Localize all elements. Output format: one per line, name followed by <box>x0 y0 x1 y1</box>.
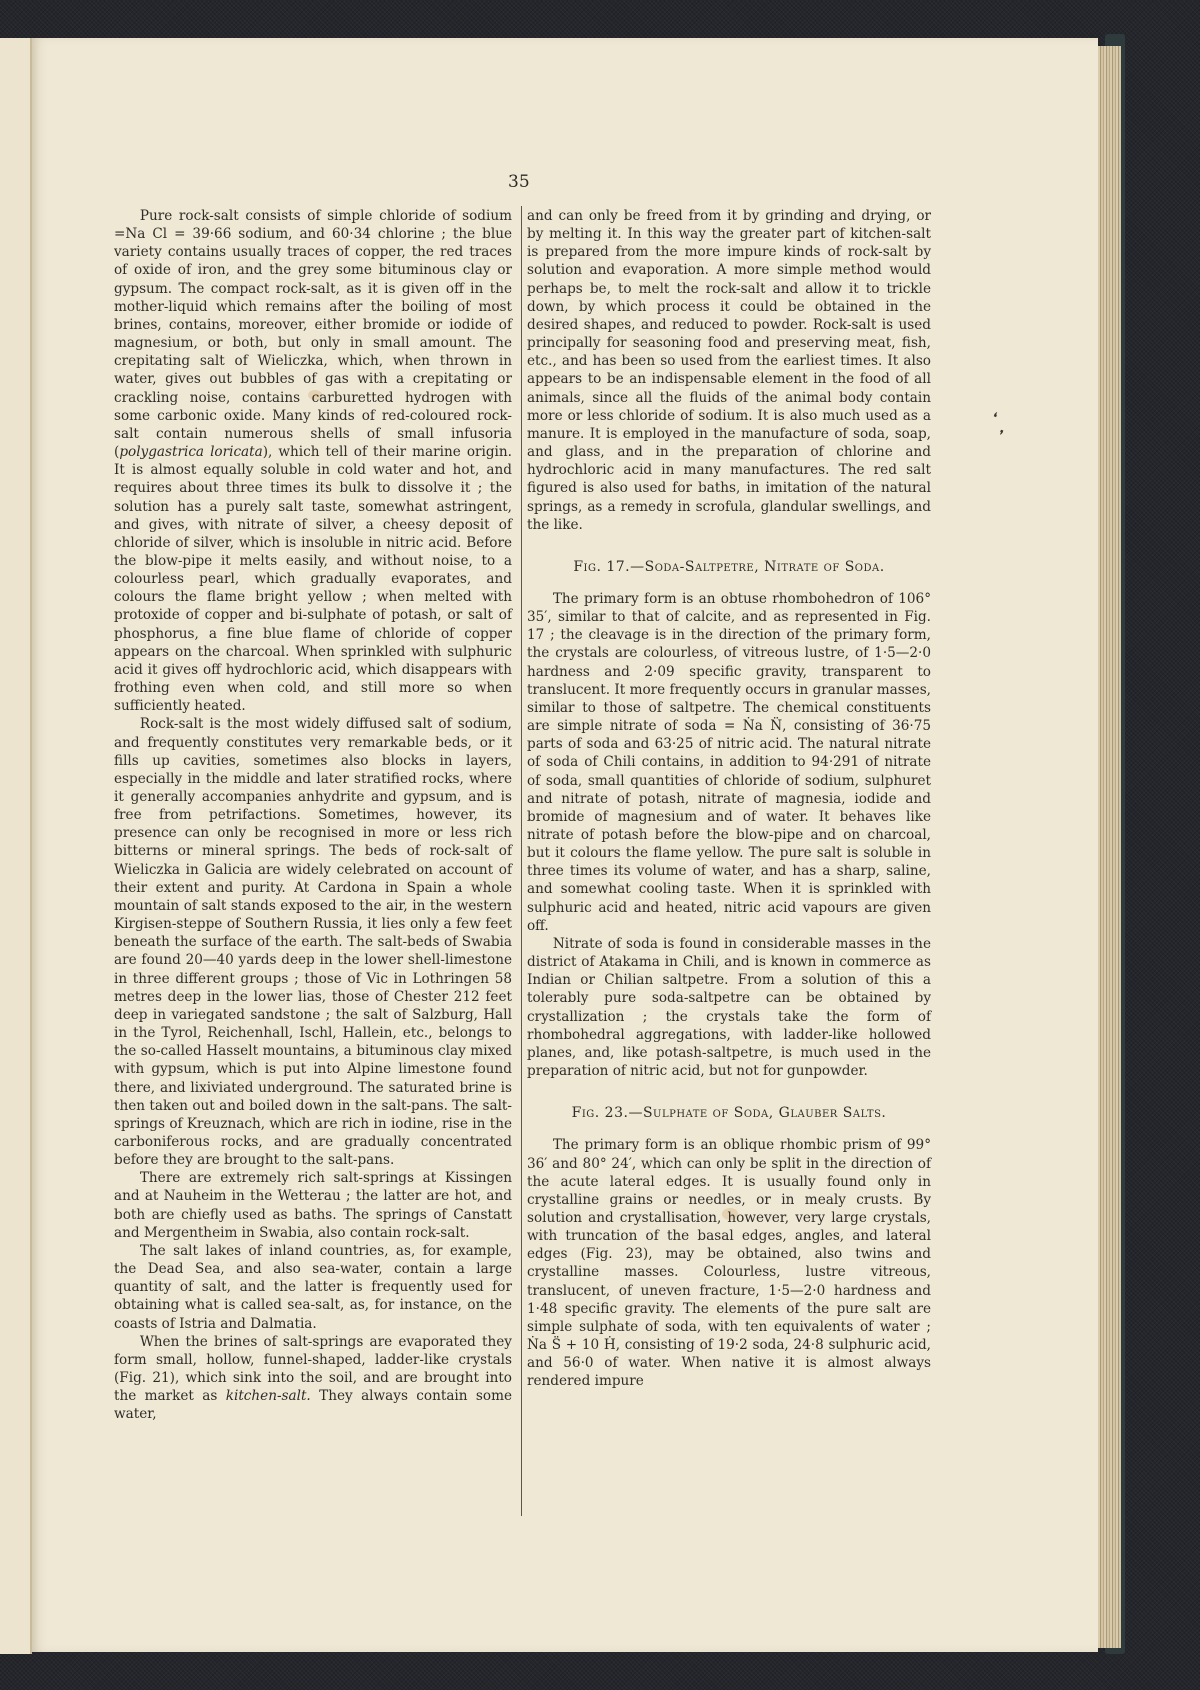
section-heading-fig23: Fig. 23.—Sulphate of Soda, Glauber Salts… <box>527 1104 931 1122</box>
paragraph-text: Pure rock-salt consists of simple chlori… <box>114 208 512 460</box>
paragraph: Rock-salt is the most widely diffused sa… <box>114 715 512 1169</box>
margin-mark: ❛ <box>989 410 999 427</box>
paragraph: The primary form is an obtuse rhombohedr… <box>527 590 931 935</box>
paragraph: When the brines of salt-springs are evap… <box>114 1333 512 1424</box>
italic-term: polygastrica loricata <box>119 444 262 460</box>
paragraph: The salt lakes of inland countries, as, … <box>114 1242 512 1333</box>
column-divider <box>521 206 522 1516</box>
italic-term: kitchen-salt. <box>226 1388 311 1404</box>
left-text-column: Pure rock-salt consists of simple chlori… <box>114 207 512 1423</box>
page-edges-stack <box>1097 46 1121 1648</box>
page-number: 35 <box>508 172 530 192</box>
paragraph: and can only be freed from it by grindin… <box>527 207 931 534</box>
margin-mark: ❜ <box>995 428 1005 445</box>
paragraph-text: ), which tell of their marine origin. It… <box>114 444 512 714</box>
paragraph: Nitrate of soda is found in considerable… <box>527 935 931 1080</box>
paragraph: The primary form is an oblique rhombic p… <box>527 1136 931 1390</box>
paragraph: There are extremely rich salt-springs at… <box>114 1169 512 1242</box>
facing-page-edge <box>0 38 32 1654</box>
section-heading-fig17: Fig. 17.—Soda-Saltpetre, Nitrate of Soda… <box>527 558 931 576</box>
paragraph: Pure rock-salt consists of simple chlori… <box>114 207 512 715</box>
right-text-column: and can only be freed from it by grindin… <box>527 207 931 1391</box>
